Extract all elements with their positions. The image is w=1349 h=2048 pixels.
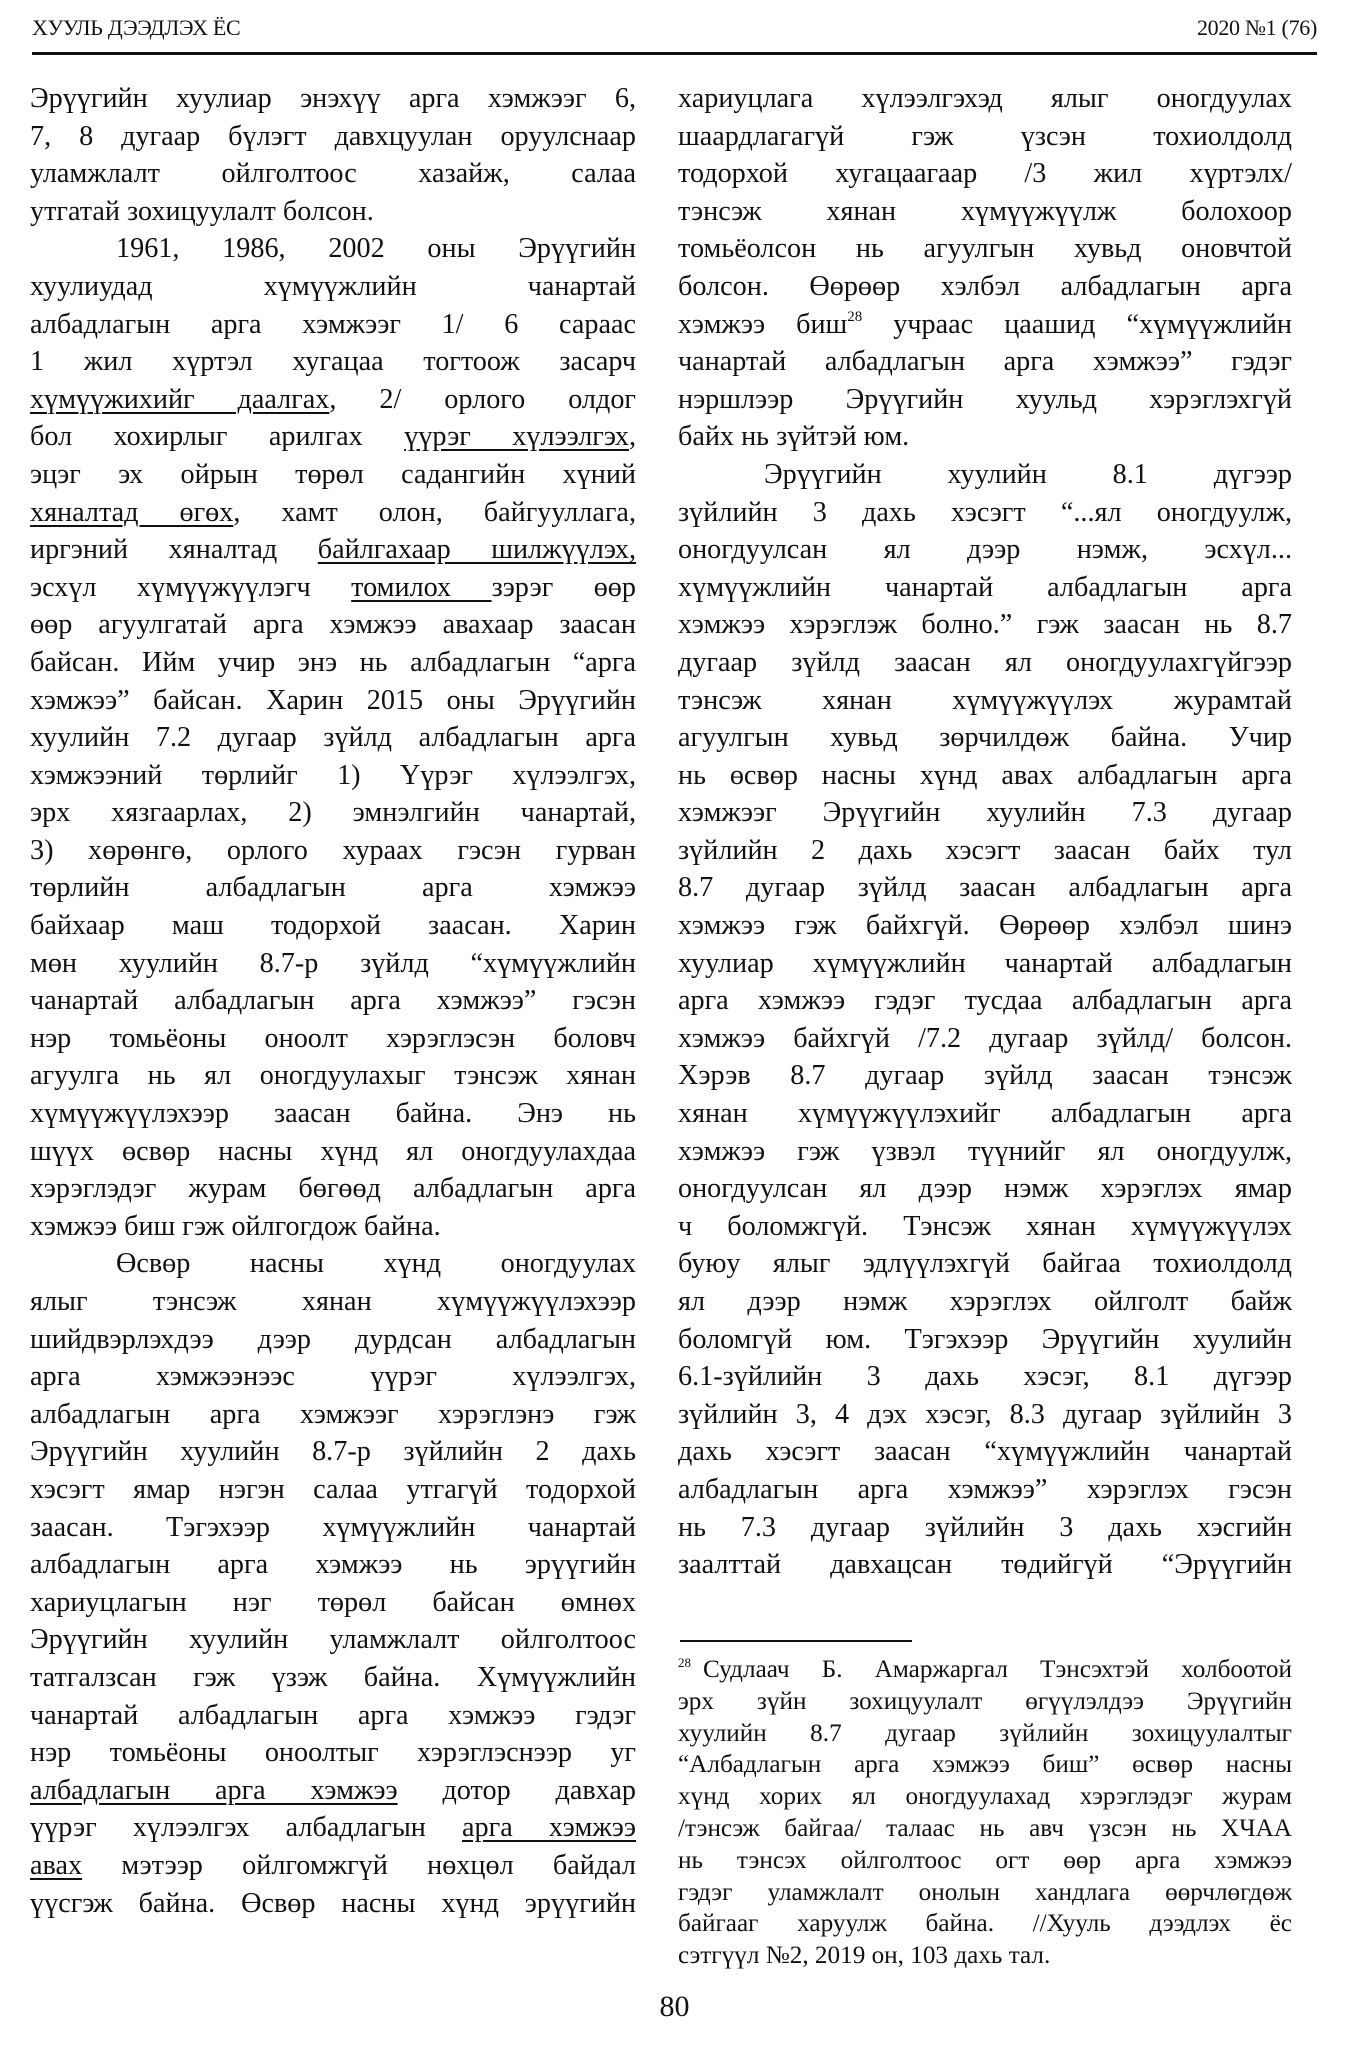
text-line: арга хэмжээнээс үүрэг хүлээлгэх, — [30, 1358, 636, 1396]
footnote-line: хуулийн 8.7 дугаар зүйлийн зохицуулалтыг — [678, 1718, 1292, 1750]
footnote-line: сэтгүүл №2, 2019 он, 103 дахь тал. — [678, 1940, 1292, 1972]
text-line: 8.7 дугаар зүйлд заасан албадлагын арга — [678, 869, 1292, 907]
footnote-28: 28Судлаач Б. Амаржаргал Тэнсэхтэй холбоо… — [678, 1654, 1292, 1972]
underlined-phrase: томилох — [351, 572, 491, 603]
text-line: албадлагын арга хэмжээ дотор давхар — [30, 1772, 636, 1810]
text-line: Эрүүгийн хуулийн 8.7-р зүйлийн 2 дахь — [30, 1433, 636, 1471]
text-line: хэмжээ хэрэглэж болно.” гэж заасан нь 8.… — [678, 606, 1292, 644]
text-line: бол хохирлыг арилгах үүрэг хүлээлгэх, — [30, 418, 636, 456]
text-line: боломгүй юм. Тэгэхээр Эрүүгийн хуулийн — [678, 1321, 1292, 1359]
text-line: авах мэтээр ойлгомжгүй нөхцөл байдал — [30, 1847, 636, 1885]
text-line: хариуцлага хүлээлгэхэд ялыг оногдуулах — [678, 80, 1292, 118]
text-line: хуулийн 7.2 дугаар зүйлд албадлагын арга — [30, 719, 636, 757]
footnote-reference[interactable]: 28 — [847, 309, 862, 325]
text-line: дахь хэсэгт заасан “хүмүүжлийн чанартай — [678, 1433, 1292, 1471]
footnote-line: /тэнсэж байгаа/ талаас нь авч үзсэн нь Х… — [678, 1813, 1292, 1845]
text-line: шаардлагагүй гэж үзсэн тохиолдолд — [678, 118, 1292, 156]
text-line: нь өсвөр насны хүнд авах албадлагын арга — [678, 757, 1292, 795]
text-line: оногдуулсан ял дээр нэмж хэрэглэх ямар — [678, 1170, 1292, 1208]
text-line: байх нь зүйтэй юм. — [678, 418, 1292, 456]
text-line: 1961, 1986, 2002 оны Эрүүгийн — [30, 230, 636, 268]
text-line: Өсвөр насны хүнд оногдуулах — [30, 1245, 636, 1283]
text-line: ялыг тэнсэж хянан хүмүүжүүлэхээр — [30, 1283, 636, 1321]
text-line: иргэний хяналтад байлгахаар шилжүүлэх, — [30, 531, 636, 569]
text-line: тодорхой хугацаагаар /3 жил хүртэлх/ — [678, 155, 1292, 193]
text-line: албадлагын арга хэмжээ” хэрэглэх гэсэн — [678, 1471, 1292, 1509]
text-line: хэсэгт ямар нэгэн салаа утгагүй тодорхой — [30, 1471, 636, 1509]
text-line: 3) хөрөнгө, орлого хураах гэсэн гурван — [30, 832, 636, 870]
text-line: 7, 8 дугаар бүлэгт давхцуулан оруулснаар — [30, 118, 636, 156]
text-line: шийдвэрлэхдээ дээр дурдсан албадлагын — [30, 1321, 636, 1359]
text-line: нэр томьёоны оноолт хэрэглэсэн боловч — [30, 1020, 636, 1058]
text-line: зүйлийн 2 дахь хэсэгт заасан байх тул — [678, 832, 1292, 870]
text-line: нь 7.3 дугаар зүйлийн 3 дахь хэсгийн — [678, 1509, 1292, 1547]
text-line: 6.1-зүйлийн 3 дахь хэсэг, 8.1 дүгээр — [678, 1358, 1292, 1396]
text-line: хяналтад өгөх, хамт олон, байгууллага, — [30, 494, 636, 532]
text-line: дугаар зүйлд заасан ял оногдуулахгүйгээр — [678, 644, 1292, 682]
text-line: тэнсэж хянан хүмүүжүүлэх журамтай — [678, 682, 1292, 720]
footnote-separator — [680, 1640, 912, 1642]
text-line: төрлийн албадлагын арга хэмжээ — [30, 869, 636, 907]
text-line: шүүх өсвөр насны хүнд ял оногдуулахдаа — [30, 1133, 636, 1171]
text-line: мөн хуулийн 8.7-р зүйлд “хүмүүжлийн — [30, 945, 636, 983]
text-line: заалттай давхацсан төдийгүй “Эрүүгийн — [678, 1546, 1292, 1584]
text-line: болсон. Өөрөөр хэлбэл албадлагын арга — [678, 268, 1292, 306]
text-line: татгалзсан гэж үзэж байна. Хүмүүжлийн — [30, 1659, 636, 1697]
underlined-phrase: хүмүүжихийг даалгах — [30, 384, 329, 415]
text-line: агуулгын хувьд зөрчилдөж байна. Учир — [678, 719, 1292, 757]
text-line: хэмжээ гэж байхгүй. Өөрөөр хэлбэл шинэ — [678, 907, 1292, 945]
text-line: албадлагын арга хэмжээ нь эрүүгийн — [30, 1546, 636, 1584]
text-line: арга хэмжээ гэдэг тусдаа албадлагын арга — [678, 982, 1292, 1020]
underlined-phrase: арга хэмжээ — [462, 1812, 636, 1843]
footnote-line: эрх зүйн зохицуулалт өгүүлэлдээ Эрүүгийн — [678, 1686, 1292, 1718]
text-line: эсхүл хүмүүжүүлэгч томилох зэрэг өөр — [30, 569, 636, 607]
text-line: өөр агуулгатай арга хэмжээ авахаар зааса… — [30, 606, 636, 644]
text-line: хэмжээ байхгүй /7.2 дугаар зүйлд/ болсон… — [678, 1020, 1292, 1058]
text-line: томьёолсон нь агуулгын хувьд оновчтой — [678, 230, 1292, 268]
text-line: буюу ялыг эдлүүлэхгүй байгаа тохиолдолд — [678, 1245, 1292, 1283]
left-column: Эрүүгийн хуулиар энэхүү арга хэмжээг 6,7… — [30, 80, 636, 1922]
text-line: хэмжээ биш28 учраас цаашид “хүмүүжлийн — [678, 306, 1292, 344]
text-line: хэрэглэдэг журам бөгөөд албадлагын арга — [30, 1170, 636, 1208]
header-rule — [32, 52, 1317, 55]
running-header: ХУУЛЬ ДЭЭДЛЭХ ЁС 2020 №1 (76) — [32, 8, 1317, 48]
footnote-line: гэдэг уламжлалт онолын хандлага өөрчлөгд… — [678, 1877, 1292, 1909]
issue-number: 2020 №1 (76) — [1197, 15, 1317, 41]
text-line: үүсгэж байна. Өсвөр насны хүнд эрүүгийн — [30, 1885, 636, 1923]
text-line: үүрэг хүлээлгэх албадлагын арга хэмжээ — [30, 1809, 636, 1847]
journal-title: ХУУЛЬ ДЭЭДЛЭХ ЁС — [32, 15, 240, 41]
text-line: 1 жил хүртэл хугацаа тогтоож засарч — [30, 343, 636, 381]
footnote-marker: 28 — [678, 1655, 691, 1670]
text-line: хуулиудад хүмүүжлийн чанартай — [30, 268, 636, 306]
text-line: хүмүүжихийг даалгах, 2/ орлого олдог — [30, 381, 636, 419]
text-line: хариуцлагын нэг төрөл байсан өмнөх — [30, 1584, 636, 1622]
text-line: Эрүүгийн хуулийн 8.1 дүгээр — [678, 456, 1292, 494]
text-line: хэмжээ гэж үзвэл түүнийг ял оногдуулж, — [678, 1133, 1292, 1171]
text-line: хүмүүжлийн чанартай албадлагын арга — [678, 569, 1292, 607]
text-line: хэмжээг Эрүүгийн хуулийн 7.3 дугаар — [678, 794, 1292, 832]
footnote-line: байгааг харуулж байна. //Хууль дээдлэх ё… — [678, 1908, 1292, 1940]
text-line: чанартай албадлагын арга хэмжээ гэдэг — [30, 1697, 636, 1735]
page-number: 80 — [0, 1990, 1349, 2024]
text-line: зүйлийн 3 дахь хэсэгт “...ял оногдуулж, — [678, 494, 1292, 532]
text-line: Хэрэв 8.7 дугаар зүйлд заасан тэнсэж — [678, 1057, 1292, 1095]
text-line: эцэг эх ойрын төрөл садангийн хүний — [30, 456, 636, 494]
text-line: Эрүүгийн хуулиар энэхүү арга хэмжээг 6, — [30, 80, 636, 118]
text-line: байсан. Ийм учир энэ нь албадлагын “арга — [30, 644, 636, 682]
text-line: хянан хүмүүжүүлэхийг албадлагын арга — [678, 1095, 1292, 1133]
underlined-phrase: авах — [30, 1850, 82, 1881]
text-line: чанартай албадлагын арга хэмжээ” гэдэг — [678, 343, 1292, 381]
text-line: агуулга нь ял оногдуулахыг тэнсэж хянан — [30, 1057, 636, 1095]
text-line: байхаар маш тодорхой заасан. Харин — [30, 907, 636, 945]
text-line: хэмжээний төрлийг 1) Үүрэг хүлээлгэх, — [30, 757, 636, 795]
text-line: албадлагын арга хэмжээг 1/ 6 сараас — [30, 306, 636, 344]
text-line: хэмжээ биш гэж ойлгогдож байна. — [30, 1208, 636, 1246]
text-line: хуулиар хүмүүжлийн чанартай албадлагын — [678, 945, 1292, 983]
text-line: эрх хязгаарлах, 2) эмнэлгийн чанартай, — [30, 794, 636, 832]
text-line: утгатай зохицуулалт болсон. — [30, 193, 636, 231]
text-line: Эрүүгийн хуулийн уламжлалт ойлголтоос — [30, 1621, 636, 1659]
text-line: ял дээр нэмж хэрэглэх ойлголт байж — [678, 1283, 1292, 1321]
footnote-line: “Албадлагын арга хэмжээ биш” өсвөр насны — [678, 1749, 1292, 1781]
text-line: нэр томьёоны оноолтыг хэрэглэснээр уг — [30, 1734, 636, 1772]
footnote-line: хүнд хорих ял оногдуулахад хэрэглэдэг жу… — [678, 1781, 1292, 1813]
text-line: зүйлийн 3, 4 дэх хэсэг, 8.3 дугаар зүйли… — [678, 1396, 1292, 1434]
underlined-phrase: хяналтад өгөх — [30, 497, 233, 528]
underlined-phrase: үүрэг хүлээлгэх — [404, 421, 629, 452]
right-column: хариуцлага хүлээлгэхэд ялыг оногдуулахша… — [678, 80, 1292, 1584]
text-line: нэршлээр Эрүүгийн хуульд хэрэглэхгүй — [678, 381, 1292, 419]
text-line: хэмжээ” байсан. Харин 2015 оны Эрүүгийн — [30, 682, 636, 720]
text-line: тэнсэж хянан хүмүүжүүлж болохоор — [678, 193, 1292, 231]
footnote-line: 28Судлаач Б. Амаржаргал Тэнсэхтэй холбоо… — [678, 1654, 1292, 1686]
text-line: албадлагын арга хэмжээг хэрэглэнэ гэж — [30, 1396, 636, 1434]
text-line: оногдуулсан ял дээр нэмж, эсхүл... — [678, 531, 1292, 569]
underlined-phrase: байлгахаар шилжүүлэх, — [318, 534, 636, 565]
underlined-phrase: албадлагын арга хэмжээ — [30, 1775, 398, 1806]
text-line: ч боломжгүй. Тэнсэж хянан хүмүүжүүлэх — [678, 1208, 1292, 1246]
text-line: заасан. Тэгэхээр хүмүүжлийн чанартай — [30, 1509, 636, 1547]
text-line: уламжлалт ойлголтоос хазайж, салаа — [30, 155, 636, 193]
text-line: чанартай албадлагын арга хэмжээ” гэсэн — [30, 982, 636, 1020]
text-line: хүмүүжүүлэхээр заасан байна. Энэ нь — [30, 1095, 636, 1133]
footnote-line: нь тэнсэх ойлголтоос огт өөр арга хэмжээ — [678, 1845, 1292, 1877]
